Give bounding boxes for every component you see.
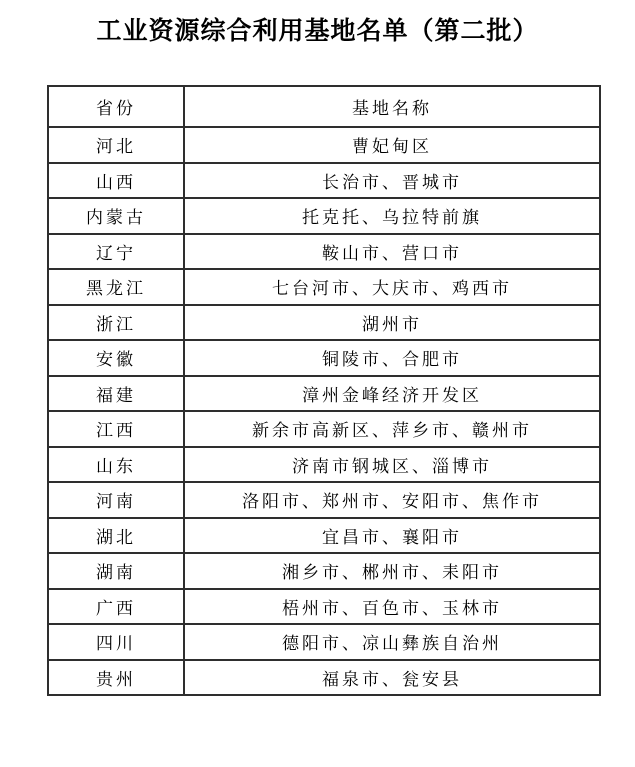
base-name-column-header: 基地名称 (184, 86, 600, 127)
province-cell: 河北 (48, 127, 184, 163)
base-name-cell: 新余市高新区、萍乡市、赣州市 (184, 411, 600, 447)
province-cell: 内蒙古 (48, 198, 184, 234)
table-row: 江西新余市高新区、萍乡市、赣州市 (48, 411, 600, 447)
base-name-cell: 曹妃甸区 (184, 127, 600, 163)
table-body: 河北曹妃甸区山西长治市、晋城市内蒙古托克托、乌拉特前旗辽宁鞍山市、营口市黑龙江七… (48, 127, 600, 695)
province-cell: 贵州 (48, 660, 184, 696)
table-header-row: 省份 基地名称 (48, 86, 600, 127)
table-row: 辽宁鞍山市、营口市 (48, 234, 600, 270)
province-cell: 湖南 (48, 553, 184, 589)
table-row: 山西长治市、晋城市 (48, 163, 600, 199)
bases-table: 省份 基地名称 河北曹妃甸区山西长治市、晋城市内蒙古托克托、乌拉特前旗辽宁鞍山市… (47, 85, 601, 696)
table-row: 浙江湖州市 (48, 305, 600, 341)
base-name-cell: 托克托、乌拉特前旗 (184, 198, 600, 234)
province-cell: 山东 (48, 447, 184, 483)
base-name-cell: 梧州市、百色市、玉林市 (184, 589, 600, 625)
province-cell: 黑龙江 (48, 269, 184, 305)
table-row: 四川德阳市、凉山彝族自治州 (48, 624, 600, 660)
province-cell: 江西 (48, 411, 184, 447)
base-name-cell: 七台河市、大庆市、鸡西市 (184, 269, 600, 305)
base-name-cell: 长治市、晋城市 (184, 163, 600, 199)
province-cell: 山西 (48, 163, 184, 199)
province-cell: 广西 (48, 589, 184, 625)
table-row: 黑龙江七台河市、大庆市、鸡西市 (48, 269, 600, 305)
table-row: 广西梧州市、百色市、玉林市 (48, 589, 600, 625)
table-row: 内蒙古托克托、乌拉特前旗 (48, 198, 600, 234)
table-row: 山东济南市钢城区、淄博市 (48, 447, 600, 483)
base-name-cell: 宜昌市、襄阳市 (184, 518, 600, 554)
province-cell: 河南 (48, 482, 184, 518)
base-name-cell: 济南市钢城区、淄博市 (184, 447, 600, 483)
province-cell: 浙江 (48, 305, 184, 341)
table-row: 湖南湘乡市、郴州市、耒阳市 (48, 553, 600, 589)
base-name-cell: 洛阳市、郑州市、安阳市、焦作市 (184, 482, 600, 518)
province-cell: 辽宁 (48, 234, 184, 270)
base-name-cell: 鞍山市、营口市 (184, 234, 600, 270)
table-row: 贵州福泉市、瓮安县 (48, 660, 600, 696)
province-column-header: 省份 (48, 86, 184, 127)
province-cell: 四川 (48, 624, 184, 660)
table-row: 湖北宜昌市、襄阳市 (48, 518, 600, 554)
table-row: 河北曹妃甸区 (48, 127, 600, 163)
table-row: 安徽铜陵市、合肥市 (48, 340, 600, 376)
base-name-cell: 漳州金峰经济开发区 (184, 376, 600, 412)
base-name-cell: 福泉市、瓮安县 (184, 660, 600, 696)
page-title: 工业资源综合利用基地名单（第二批） (0, 11, 635, 47)
base-name-cell: 德阳市、凉山彝族自治州 (184, 624, 600, 660)
table-row: 福建漳州金峰经济开发区 (48, 376, 600, 412)
base-name-cell: 湖州市 (184, 305, 600, 341)
province-cell: 安徽 (48, 340, 184, 376)
base-name-cell: 铜陵市、合肥市 (184, 340, 600, 376)
table-row: 河南洛阳市、郑州市、安阳市、焦作市 (48, 482, 600, 518)
province-cell: 福建 (48, 376, 184, 412)
base-name-cell: 湘乡市、郴州市、耒阳市 (184, 553, 600, 589)
province-cell: 湖北 (48, 518, 184, 554)
